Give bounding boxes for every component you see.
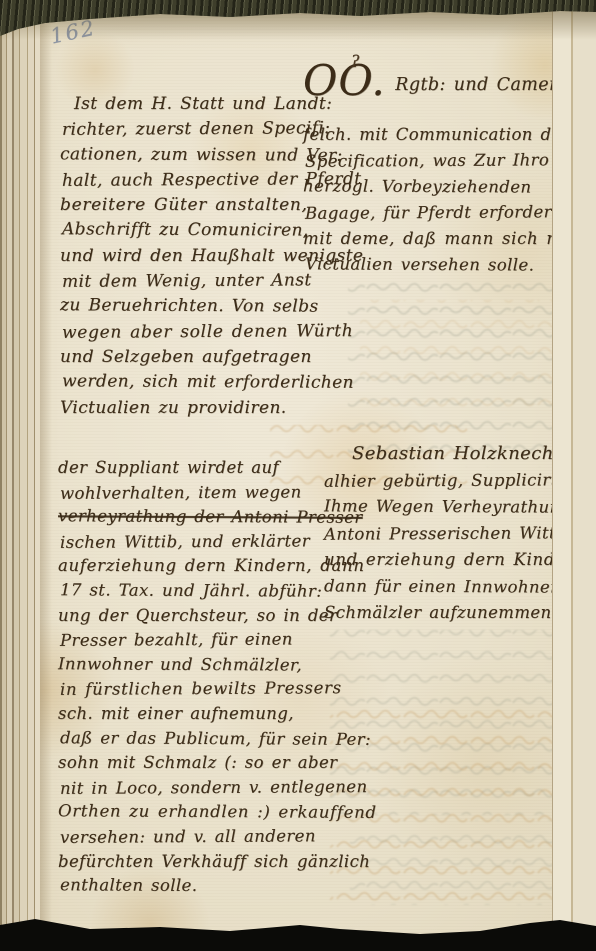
- handwritten-line: verheyrathung der Antoni Presser: [58, 504, 348, 530]
- handwritten-line: enthalten solle.: [60, 873, 348, 899]
- handwritten-line: Orthen zu erhandlen :) erkauffend: [58, 800, 348, 826]
- handwritten-line: herzogl. Vorbeyziehenden: [303, 173, 565, 200]
- handwritten-line: dann für einen Innwohner und: [324, 573, 566, 601]
- handwritten-line: sohn mit Schmalz (: so er aber: [58, 751, 348, 776]
- handwritten-line: wohlverhalten, item wegen: [60, 480, 348, 506]
- handwritten-line: in fürstlichen bewilts Pressers: [60, 676, 348, 702]
- body-paragraph-1: Ist dem H. Statt und Landt:richter, zuer…: [60, 92, 342, 421]
- margin-note-2: Sebastian Holzknechtalhier gebürtig, Sup…: [308, 441, 566, 627]
- handwritten-line: Victualien zu providiren.: [60, 396, 342, 421]
- handwritten-line: nit in Loco, sondern v. entlegenen: [60, 775, 348, 801]
- handwritten-line: zu Beruehrichten. Von selbs: [60, 294, 342, 321]
- handwritten-line: und wird den Haußhalt wenigste: [60, 244, 342, 269]
- handwritten-line: Bagage, für Pferdt erforderlich,: [305, 199, 565, 227]
- handwritten-line: daß er das Publicum, für sein Per:: [60, 726, 348, 752]
- handwritten-line: Abschrifft zu Comuniciren,: [62, 218, 342, 245]
- handwritten-line: und erziehung dern Kindern,: [324, 547, 566, 574]
- right-page-edge: [552, 0, 596, 951]
- handwritten-line: werden, sich mit erforderlichen: [62, 370, 342, 397]
- handwritten-line: felch. mit Communication der: [303, 122, 565, 148]
- handwritten-line: Presser bezahlt, für einen: [60, 627, 348, 653]
- handwritten-line: Ist dem H. Statt und Landt:: [60, 92, 342, 117]
- bottom-deckle-edge: [0, 907, 596, 951]
- handwritten-line: versehen: und v. all anderen: [60, 824, 348, 850]
- handwritten-line: wegen aber solle denen Würth: [62, 319, 342, 346]
- handwritten-line: Specification, was Zur Ihro: [305, 147, 565, 175]
- handwritten-line: ung der Querchsteur, so in der: [58, 604, 348, 629]
- handwritten-line: Antoni Presserischen Wittib: [324, 520, 566, 548]
- handwritten-line: mit deme, daß mann sich mit: [303, 226, 565, 252]
- handwritten-line: auferziehung dern Kindern, dann: [58, 554, 348, 579]
- handwritten-line: ischen Wittib, und erklärter: [60, 529, 348, 555]
- handwritten-line: richter, zuerst denen Specifi:: [62, 116, 342, 143]
- handwritten-line: Schmälzler aufzunemmen.: [324, 600, 566, 627]
- left-gutter-page-edges: [0, 0, 40, 951]
- handwritten-line: sch. mit einer aufnemung,: [58, 702, 348, 727]
- handwritten-line: bereitere Güter anstalten,: [60, 193, 342, 218]
- pen-flourish-mark: ʔ: [351, 52, 361, 72]
- handwritten-line: alhier gebürtig, Supplicirt: [324, 467, 566, 495]
- manuscript-page: 162 OO. ʔ Rgtb: und Cameral be: Ist dem …: [0, 0, 596, 951]
- handwritten-line: befürchten Verkhäuff sich gänzlich: [58, 850, 348, 875]
- handwritten-line: Ihme Wegen Verheyrathung d: [324, 493, 566, 521]
- handwritten-line: Victualien versehen solle.: [305, 251, 565, 278]
- handwritten-line: Innwohner und Schmälzler,: [58, 652, 348, 678]
- handwritten-line: und Selzgeben aufgetragen: [60, 345, 342, 370]
- handwritten-line: halt, auch Respective der Pferdt: [62, 167, 342, 194]
- body-paragraph-2: der Suppliant wirdet aufwohlverhalten, i…: [58, 456, 348, 899]
- handwritten-line: 17 st. Tax. und Jährl. abführ:: [60, 578, 348, 604]
- handwritten-line: der Suppliant wirdet auf: [58, 456, 348, 481]
- handwritten-line: cationen, zum wissen und Ver:: [60, 142, 342, 169]
- handwritten-line: mit dem Wenig, unter Anst: [62, 268, 342, 295]
- handwritten-line: Sebastian Holzknecht: [352, 441, 566, 468]
- margin-note-1: felch. mit Communication derSpecificatio…: [303, 122, 565, 278]
